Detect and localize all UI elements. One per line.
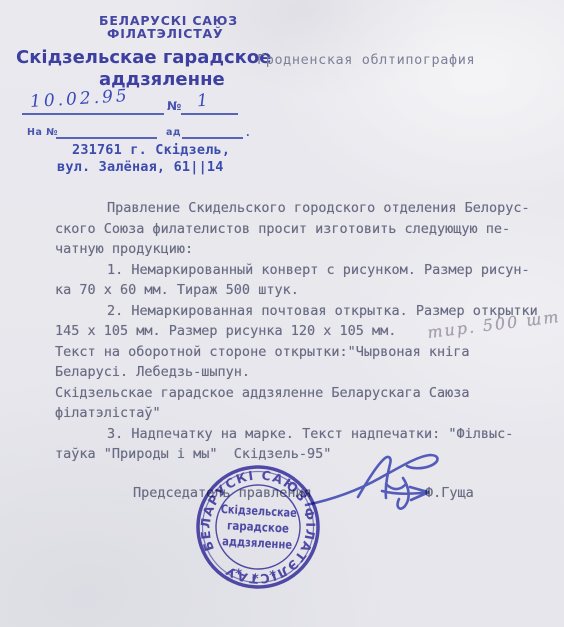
ruled-line [181, 113, 238, 115]
body-line: 145 х 105 мм. Размер рисунка 120 х 105 м… [55, 321, 560, 342]
ruled-line [182, 137, 243, 139]
stamp-star-icon: * [235, 567, 243, 582]
stamp-center-line3: аддзяленне [222, 534, 293, 552]
body-line: 3. Надпечатку на марке. Текст надпечатки… [55, 424, 560, 445]
incoming-number-label: На № [27, 127, 58, 138]
number-label: № [167, 99, 181, 113]
body-line: 1. Немаркированный конверт с рисунком. Р… [55, 260, 560, 281]
round-stamp: БЕЛАРУСКІ САЮЗ ФІЛАТЭЛІСТАЎ Скідзельскае… [169, 438, 348, 617]
body-line: чатную продукцию: [55, 239, 560, 260]
trailing-dot: . [246, 128, 250, 139]
ref-number-field: 1 [196, 91, 208, 112]
date-field: 10.02.95 [29, 86, 130, 112]
body-line: ка 70 х 60 мм. Тираж 500 штук. [55, 280, 560, 301]
typography-note: Гродненская облтипография [257, 52, 475, 68]
body-line-text: 145 х 105 мм. Размер рисунка 120 х 105 м… [55, 323, 396, 339]
stamp-star-icon: * [269, 569, 277, 584]
address-line1: 231761 г. Скідзель, [72, 142, 230, 158]
from-date-label: ад [166, 127, 181, 138]
org-name-line2: ФІЛАТЭЛІСТАЎ [107, 26, 223, 41]
stamp-center-line2: гарадское [227, 518, 290, 535]
ruled-line [56, 137, 157, 139]
stamp-center-line1: Скідзельскае [221, 502, 298, 520]
body-line: Текст на оборотной стороне открытки:"Чыр… [55, 342, 560, 363]
address-line2: вул. Залёная, 61||14 [57, 159, 224, 175]
ruled-line [22, 113, 164, 115]
body-line: ского Союза филателистов просит изготови… [55, 219, 560, 240]
body-line: Беларусі. Лебедзь-шыпун. [55, 362, 560, 383]
branch-name-line1: Скідзельскае гарадское [16, 47, 271, 68]
body-line: філатэлістаў" [55, 403, 560, 424]
letter-body: Правление Скидельского городского отделе… [55, 198, 560, 465]
body-line: Правление Скидельского городского отделе… [55, 198, 560, 219]
scanned-letter: БЕЛАРУСКІ САЮЗ ФІЛАТЭЛІСТАЎ Скідзельскае… [0, 0, 564, 627]
stamp-star-icon: * [251, 572, 259, 587]
body-line: Скідзельскае гарадское аддзяленне Белару… [55, 383, 560, 404]
